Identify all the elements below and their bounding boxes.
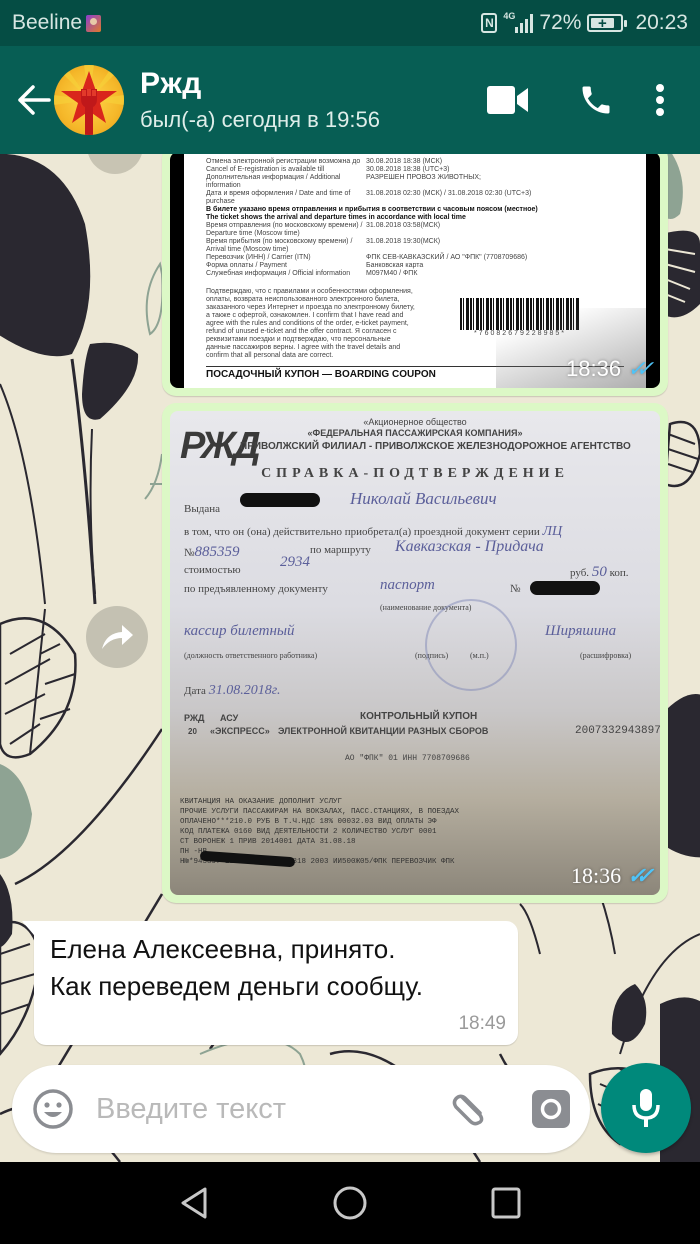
read-ticks-icon: ✓✓ (626, 863, 650, 889)
voice-record-button[interactable] (601, 1063, 691, 1153)
read-ticks-icon: ✓✓ (626, 356, 650, 382)
message-time: 18:49 (458, 1013, 506, 1035)
forward-icon (100, 623, 134, 651)
arrow-left-icon[interactable] (12, 75, 56, 125)
paperclip-icon[interactable] (450, 1089, 490, 1129)
system-nav-bar (0, 1162, 700, 1244)
clock: 20:23 (635, 11, 688, 35)
stamp (425, 599, 517, 691)
back-triangle-icon[interactable] (164, 1173, 224, 1233)
certificate-image[interactable]: РЖД «Акционерное общество «ФЕДЕРАЛЬНАЯ П… (170, 411, 660, 895)
nfc-icon: N (481, 13, 497, 33)
recents-square-icon[interactable] (476, 1173, 536, 1233)
carrier: Beeline (12, 11, 101, 35)
more-vert-icon[interactable] (640, 70, 680, 130)
battery-percent: 72% (539, 11, 581, 35)
message-time: 18:36 (571, 863, 621, 889)
message-image-ticket[interactable]: Отмена электронной регистрации возможна … (162, 154, 668, 396)
message-time: 18:36 (566, 356, 621, 382)
doc-title: СПРАВКА-ПОДТВЕРЖДЕНИЕ (170, 466, 660, 482)
status-bar: Beeline N 4G 72% + 20:23 (0, 0, 700, 46)
video-call-icon[interactable] (464, 70, 552, 130)
message-image-certificate[interactable]: РЖД «Акционерное общество «ФЕДЕРАЛЬНАЯ П… (162, 403, 668, 903)
message-composer: Введите текст (12, 1065, 590, 1153)
battery-charging-icon: + (587, 14, 623, 32)
message-input[interactable]: Введите текст (96, 1093, 450, 1126)
redaction (240, 493, 320, 507)
camera-icon[interactable] (532, 1090, 570, 1128)
carrier-name: Beeline (12, 11, 82, 35)
avatar[interactable] (54, 65, 124, 135)
voice-call-icon[interactable] (552, 70, 640, 130)
redaction (530, 581, 600, 595)
message-text: Елена Алексеевна, принято. Как переведем… (50, 931, 502, 1005)
network-type: 4G (503, 11, 515, 21)
chat-area[interactable]: Отмена электронной регистрации возможна … (0, 154, 700, 1162)
contact-name[interactable]: Ржд (140, 67, 380, 101)
chat-header: Ржд был(-а) сегодня в 19:56 (0, 46, 700, 154)
last-seen-status: был(-а) сегодня в 19:56 (140, 107, 380, 133)
sim-contact-icon (86, 15, 101, 32)
signal-icon: 4G (503, 13, 533, 33)
message-incoming[interactable]: Елена Алексеевна, принято. Как переведем… (34, 921, 518, 1045)
ticket-image[interactable]: Отмена электронной регистрации возможна … (170, 154, 660, 388)
forward-button[interactable] (86, 606, 148, 668)
mic-icon (631, 1087, 661, 1129)
home-circle-icon[interactable] (320, 1173, 380, 1233)
emoji-icon[interactable] (32, 1088, 74, 1130)
